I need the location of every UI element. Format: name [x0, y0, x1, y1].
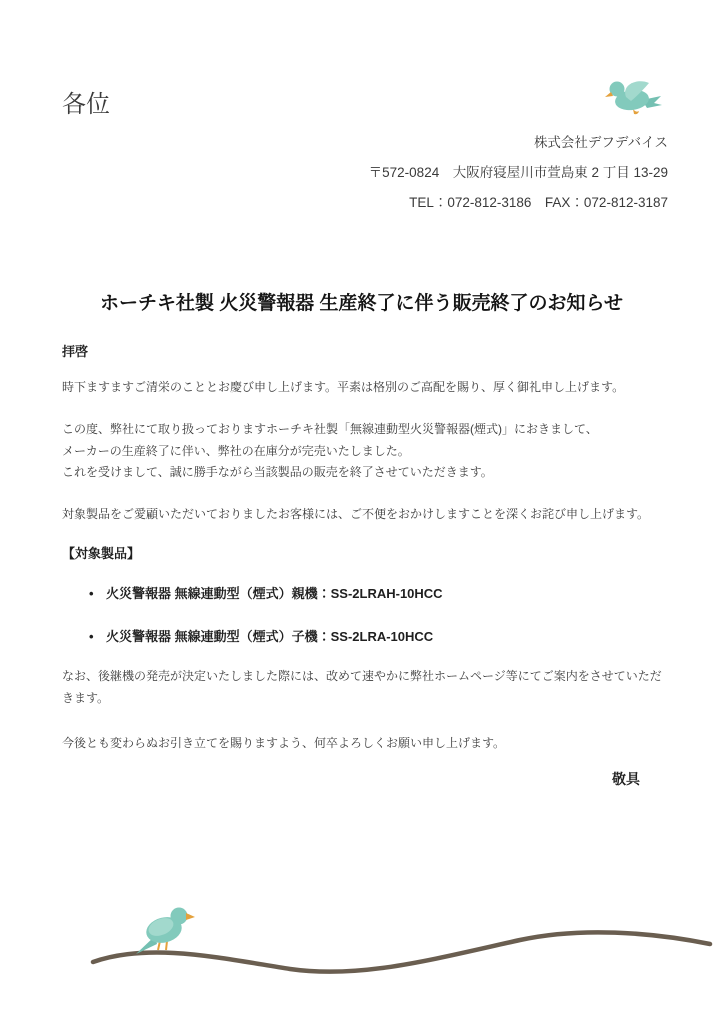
product-item-child-unit: 火災警報器 無線連動型（煙式）子機：SS-2LRA-10HCC — [106, 628, 648, 645]
branch-line — [93, 932, 710, 971]
salutation: 各位 — [62, 84, 110, 119]
letter-title: ホーチキ社製 火災警報器 生産終了に伴う販売終了のお知らせ — [0, 288, 723, 315]
product-item-parent-unit: 火災警報器 無線連動型（煙式）親機：SS-2LRAH-10HCC — [106, 585, 648, 602]
bird-on-branch-illustration — [0, 880, 723, 1024]
paragraph-discontinuation: この度、弊社にて取り扱っておりますホーチキ社製「無線連動型火災警報器(煙式)」に… — [62, 419, 668, 484]
closing-word: 敬具 — [62, 769, 640, 789]
sender-company: 株式会社デフデバイス — [369, 128, 668, 158]
sender-tel-fax: TEL：072-812-3186 FAX：072-812-3187 — [369, 188, 668, 218]
products-heading: 【対象製品】 — [62, 543, 668, 565]
paragraph-apology: 対象製品をご愛顧いただいておりましたお客様には、ご不便をおかけしますことを深くお… — [62, 504, 668, 526]
paragraph-successor-notice: なお、後継機の発売が決定いたしました際には、改めて速やかに弊社ホームページ等にて… — [62, 666, 666, 709]
sender-address: 〒572-0824 大阪府寝屋川市萱島東 2 丁目 13-29 — [369, 158, 668, 188]
bird-beak — [186, 913, 195, 920]
standing-bird-icon — [136, 908, 195, 955]
flying-bird-icon — [604, 76, 664, 120]
product-list: 火災警報器 無線連動型（煙式）親機：SS-2LRAH-10HCC 火災警報器 無… — [88, 585, 648, 671]
paragraph-greeting: 時下ますますご清栄のこととお慶び申し上げます。平素は格別のご高配を賜り、厚く御礼… — [62, 377, 668, 399]
paragraph-closing-request: 今後とも変わらぬお引き立てを賜りますよう、何卒よろしくお願い申し上げます。 — [62, 733, 668, 755]
letter-page: 各位 株式会社デフデバイス 〒572-0824 大阪府寝屋川市萱島東 2 丁目 … — [0, 0, 723, 1024]
opening-word: 拝啓 — [62, 341, 668, 363]
sender-block: 株式会社デフデバイス 〒572-0824 大阪府寝屋川市萱島東 2 丁目 13-… — [369, 128, 668, 218]
